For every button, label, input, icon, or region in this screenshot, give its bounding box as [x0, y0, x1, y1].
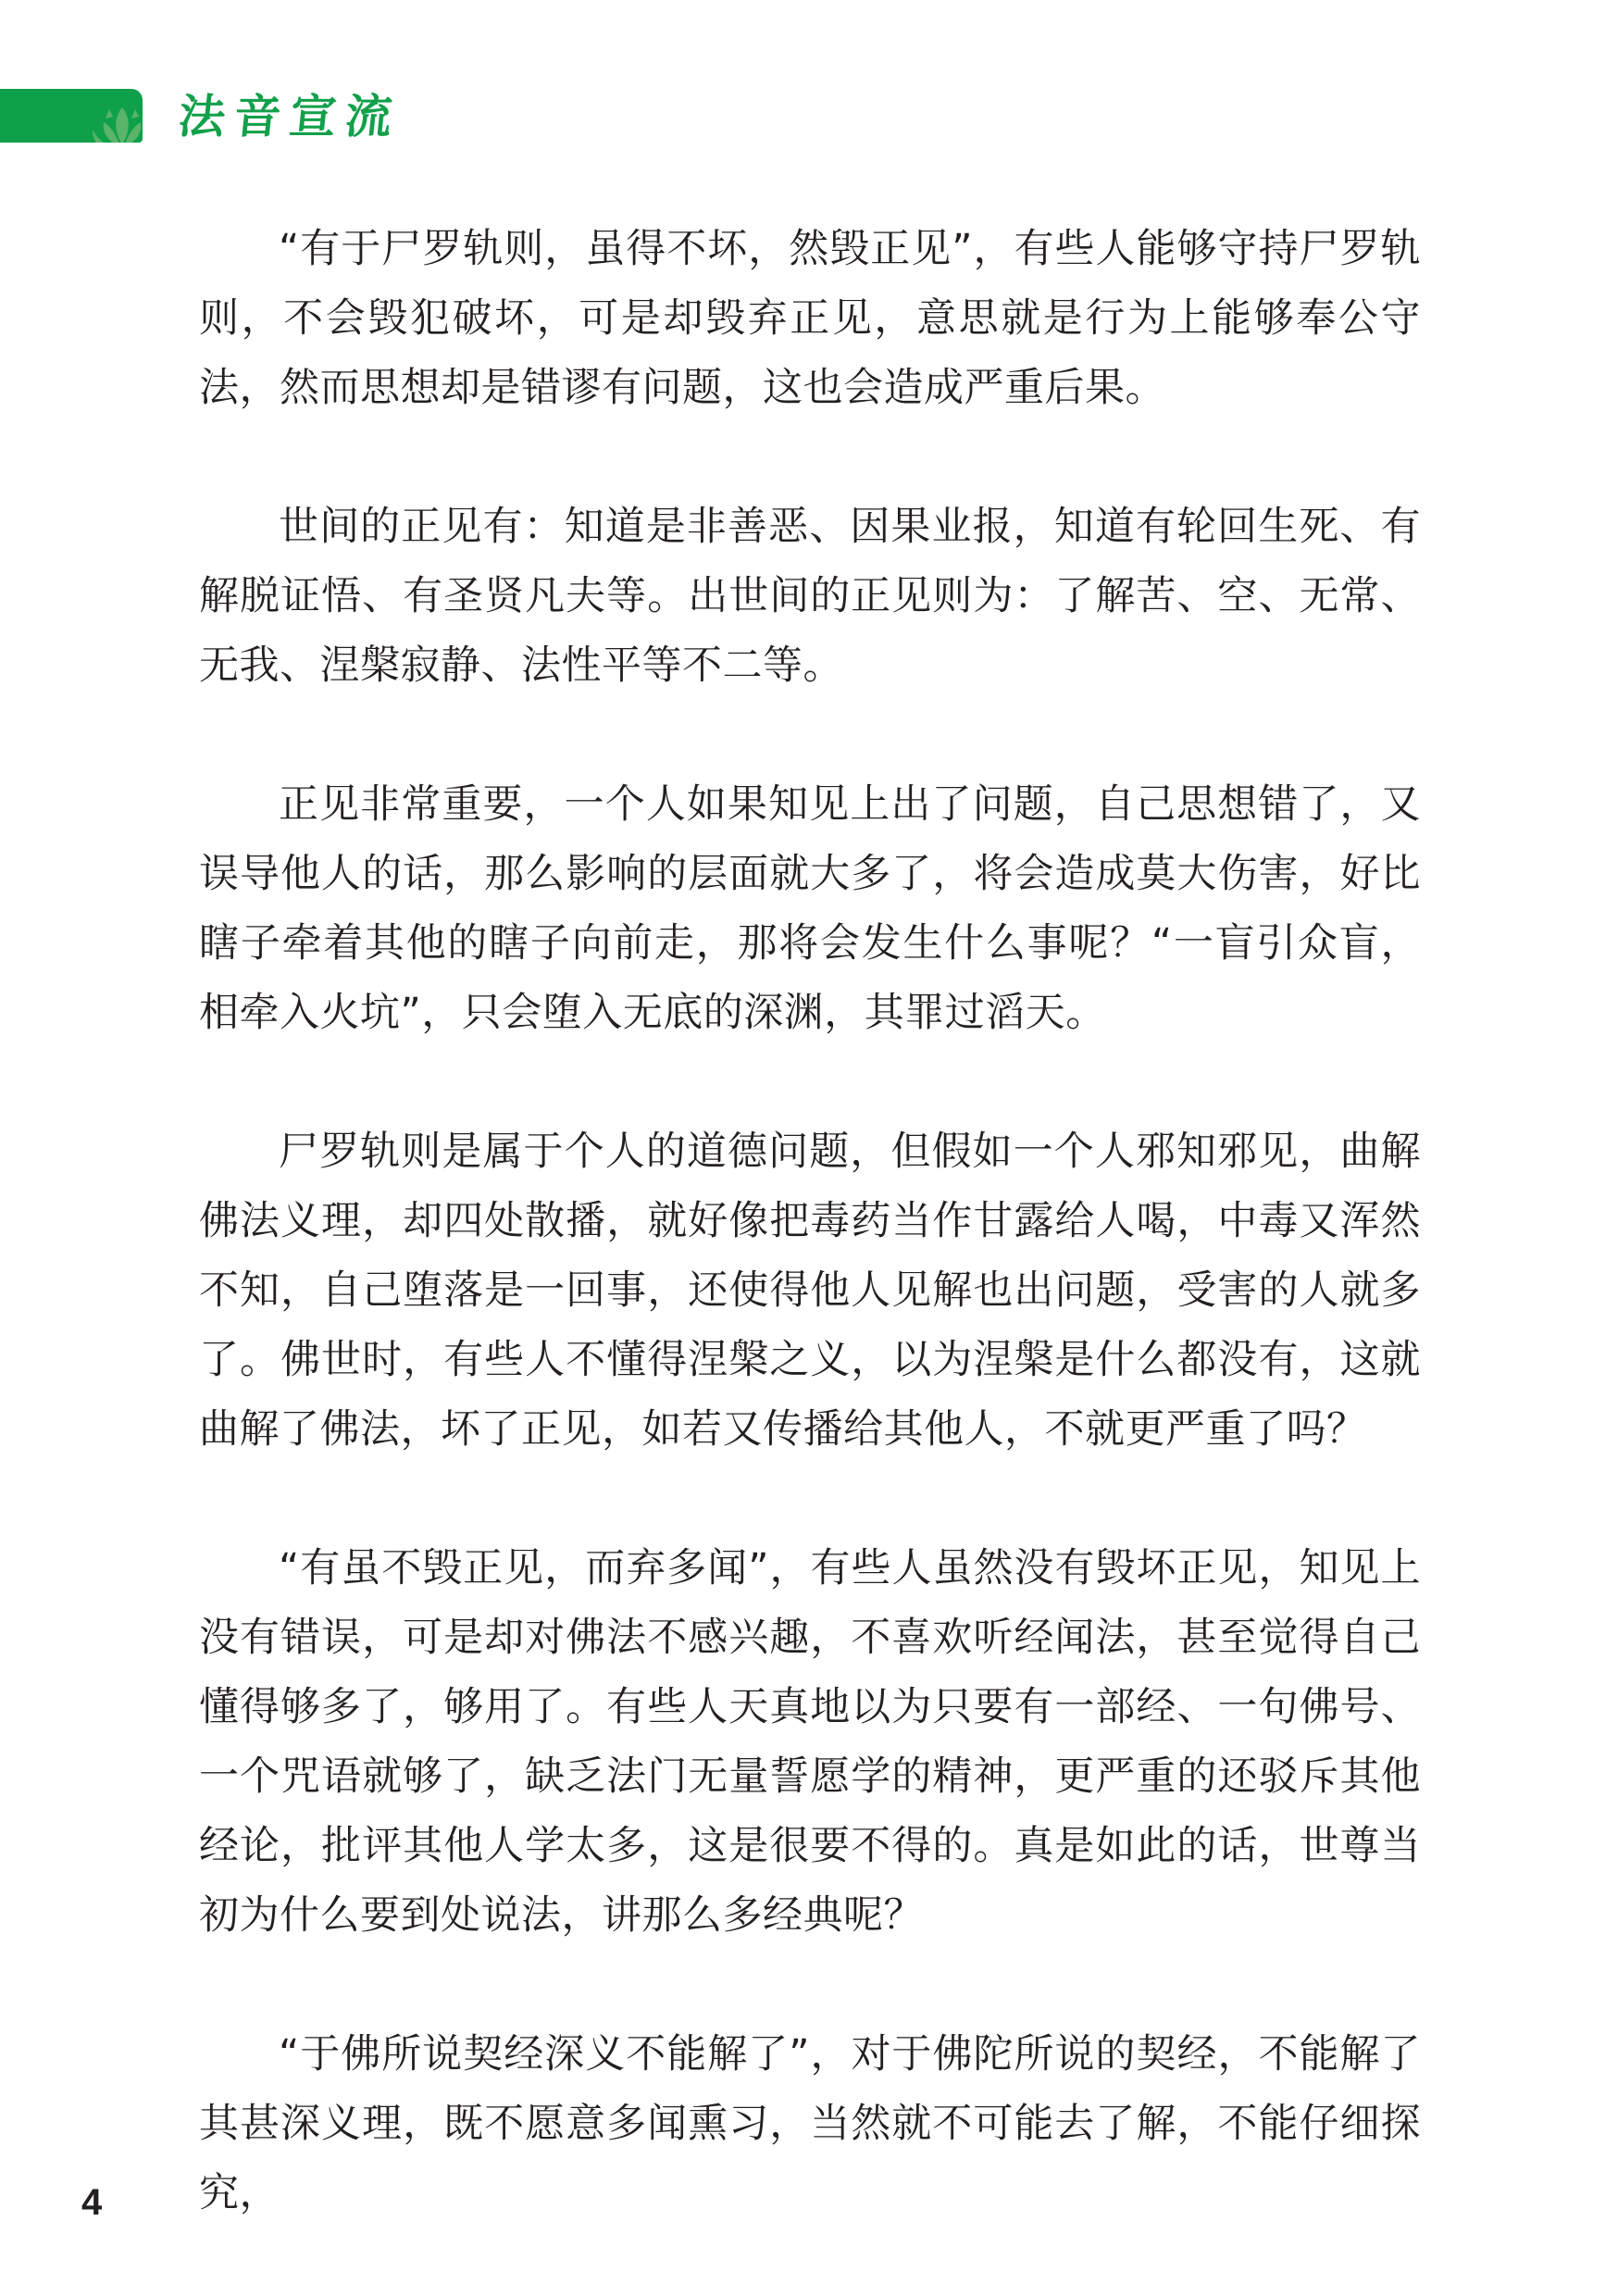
- header-green-tab: [0, 89, 143, 143]
- page-number: 4: [81, 2181, 102, 2224]
- paragraph: 世间的正见有：知道是非善恶、因果业报，知道有轮回生死、有解脱证悟、有圣贤凡夫等。…: [199, 493, 1421, 701]
- paragraph: “有于尸罗轨则，虽得不坏，然毁正见”，有些人能够守持尸罗轨则，不会毁犯破坏，可是…: [199, 215, 1421, 423]
- paragraph: 正见非常重要，一个人如果知见上出了问题，自己思想错了，又误导他人的话，那么影响的…: [199, 770, 1421, 1048]
- article-body: “有于尸罗轨则，虽得不坏，然毁正见”，有些人能够守持尸罗轨则，不会毁犯破坏，可是…: [199, 215, 1421, 2296]
- brand-title: 法音宣流: [176, 89, 404, 144]
- lotus-icon: [91, 102, 143, 143]
- paragraph: 尸罗轨则是属于个人的道德问题，但假如一个人邪知邪见，曲解佛法义理，却四处散播，就…: [199, 1117, 1421, 1465]
- paragraph: “于佛所说契经深义不能解了”，对于佛陀所说的契经，不能解了其甚深义理，既不愿意多…: [199, 2020, 1421, 2228]
- paragraph: “有虽不毁正见，而弃多闻”，有些人虽然没有毁坏正见，知见上没有错误，可是却对佛法…: [199, 1534, 1421, 1951]
